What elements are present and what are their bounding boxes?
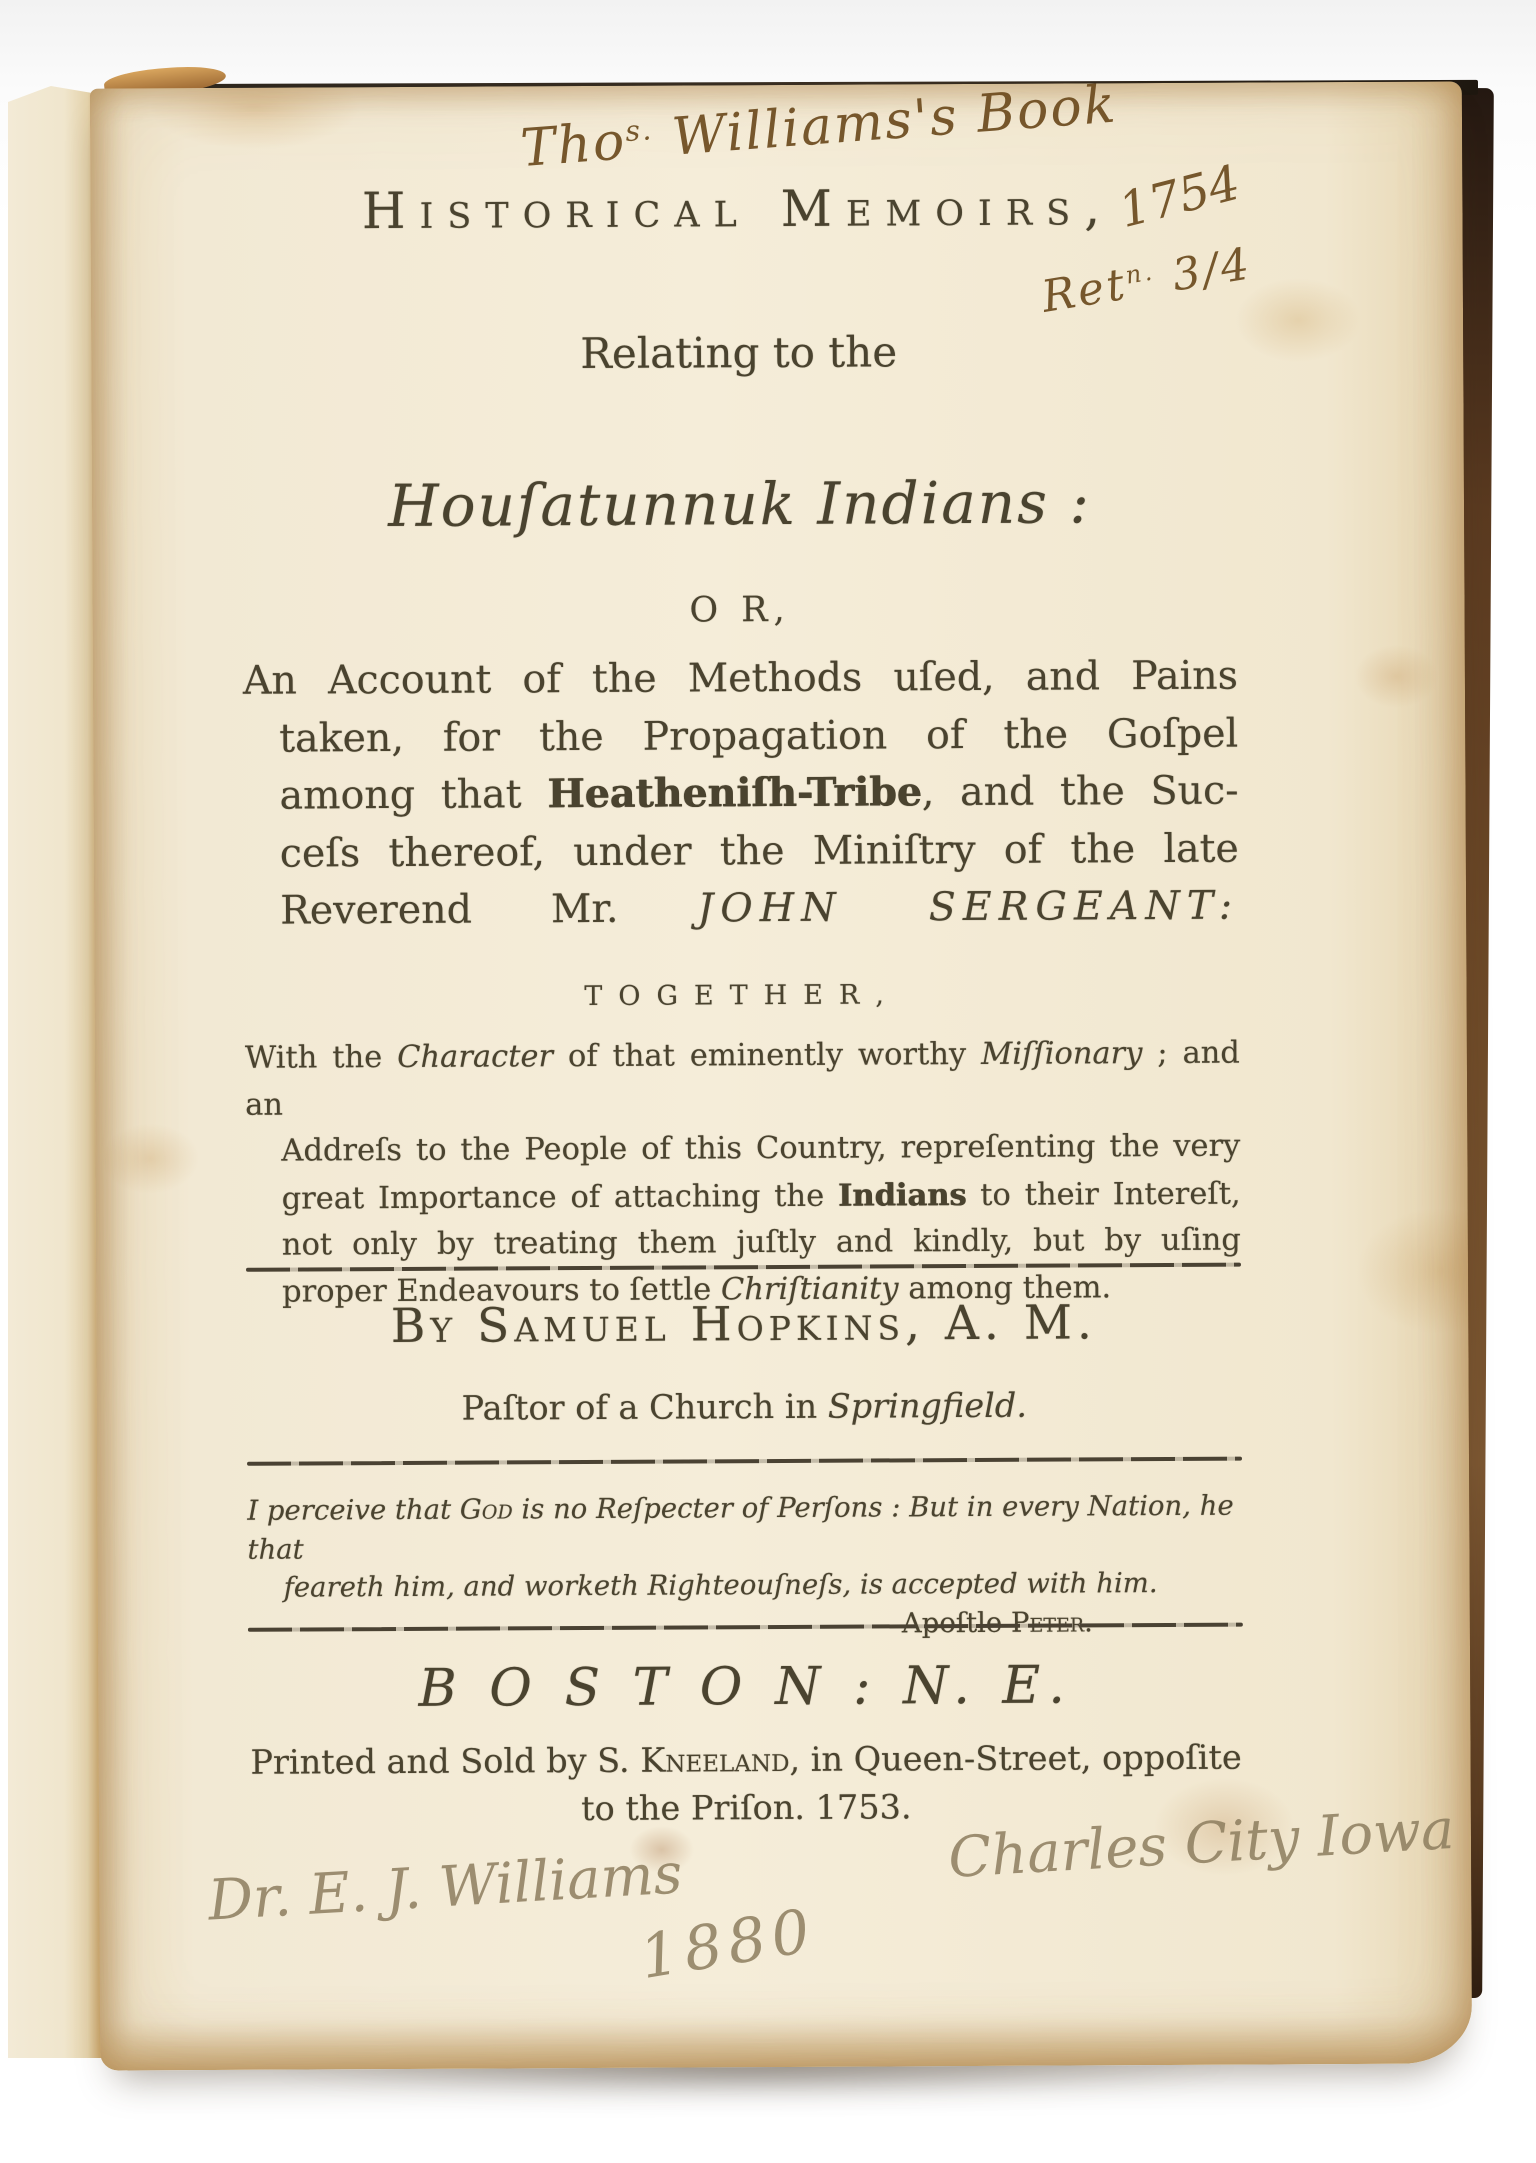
subject-title: Houſatunnuk Indians : <box>242 468 1237 541</box>
pastor-line: Paſtor of a Church in Springfield. <box>247 1385 1242 1429</box>
account-line-1: An Account of the Methods uſed, and Pain… <box>243 648 1238 711</box>
description-line-4: not only by treating them juſtly and kin… <box>246 1218 1241 1270</box>
quote-line-2: feareth him, and worketh Righteouſneſs, … <box>248 1564 1243 1608</box>
imprint-city: B O S T O N : N. E. <box>248 1655 1243 1720</box>
description-line-3-a: great Importance of attaching the <box>282 1178 839 1216</box>
account-line-5-text: Reverend Mr. <box>280 885 698 933</box>
owner-inscription: Thos. Williams's Book <box>519 74 1120 179</box>
price-note-superscript: n. <box>1123 257 1156 289</box>
price-note-rest: 3/4 <box>1152 238 1256 304</box>
imprint-line-1-c: , in Queen-Street, oppoſite <box>789 1738 1241 1779</box>
owner-inscription-start: Tho <box>519 111 629 179</box>
description-line-1: With the Character of that eminently wor… <box>245 1031 1240 1129</box>
apostle-text: Apoſtle <box>902 1606 1011 1639</box>
imprint-line-1: Printed and Sold by S. Kneeland, in Quee… <box>248 1738 1243 1782</box>
quote-line-1: I perceive that God is no Reſpecter of P… <box>247 1487 1242 1569</box>
bottom-owner-name: Dr. E. J. Williams <box>206 1841 684 1933</box>
relating-line: Relating to the <box>241 326 1236 380</box>
together-label: TOGETHER, <box>245 978 1240 1014</box>
main-title: Historical Memoirs, <box>240 178 1235 241</box>
account-line-4: ceſs thereof, under the Miniſtry of the … <box>244 820 1239 883</box>
bottom-year-inscription: 1880 <box>635 1895 821 1993</box>
account-line-2: taken, for the Propagation of the Goſpel <box>243 705 1238 768</box>
owner-inscription-superscript: s. <box>624 112 654 148</box>
account-paragraph: An Account of the Methods uſed, and Pain… <box>243 648 1239 941</box>
rule-above-quote <box>247 1457 1242 1466</box>
character-italic: Character <box>397 1039 553 1075</box>
book-photo: Thos. Williams's Book 1754 Retn. 3/4 His… <box>0 0 1536 2163</box>
owner-inscription-rest: Williams's Book <box>651 74 1119 169</box>
description-line-1-a: With the <box>245 1040 397 1076</box>
price-note-start: Ret <box>1038 259 1131 323</box>
price-note-inscription: Retn. 3/4 <box>1038 238 1255 323</box>
book: Thos. Williams's Book 1754 Retn. 3/4 His… <box>8 60 1490 2100</box>
john-sergeant-name: JOHN SERGEANT: <box>697 883 1239 932</box>
title-page: Thos. Williams's Book 1754 Retn. 3/4 His… <box>90 81 1472 2070</box>
imprint-line-1-a: Printed and Sold by S. <box>250 1741 640 1782</box>
account-line-3-end: , and the Suc- <box>922 768 1239 816</box>
kneeland-smallcaps: Kneeland <box>640 1740 789 1780</box>
springfield-italic: Springfield. <box>828 1386 1027 1426</box>
account-line-5: Reverend Mr. JOHN SERGEANT: <box>244 878 1239 941</box>
indians-blackletter: Indians <box>838 1177 967 1214</box>
description-line-3-c: to their Intereſt, <box>966 1176 1240 1212</box>
peter-smallcaps: Peter. <box>1011 1606 1093 1638</box>
account-line-3-text: among that <box>279 771 547 818</box>
author-byline: By Samuel Hopkins, A. M. <box>246 1295 1241 1355</box>
description-line-2: Addreſs to the People of this Country, r… <box>245 1124 1240 1176</box>
description-line-1-c: of that eminently worthy <box>553 1037 981 1074</box>
description-paragraph: With the Character of that eminently wor… <box>245 1031 1241 1316</box>
missionary-italic: Miſſionary <box>981 1036 1143 1072</box>
or-label: O R, <box>242 588 1237 633</box>
quote-line-1-a: I perceive that <box>247 1494 460 1527</box>
god-smallcaps: God <box>460 1493 513 1525</box>
heathenish-tribe-blackletter: Heatheniſh-Tribe <box>547 769 922 817</box>
description-line-3: great Importance of attaching the Indian… <box>246 1170 1241 1223</box>
account-line-3: among that Heatheniſh-Tribe, and the Suc… <box>243 763 1238 826</box>
epigraph-quote: I perceive that God is no Reſpecter of P… <box>247 1487 1243 1646</box>
pastor-line-text: Paſtor of a Church in <box>461 1387 827 1428</box>
